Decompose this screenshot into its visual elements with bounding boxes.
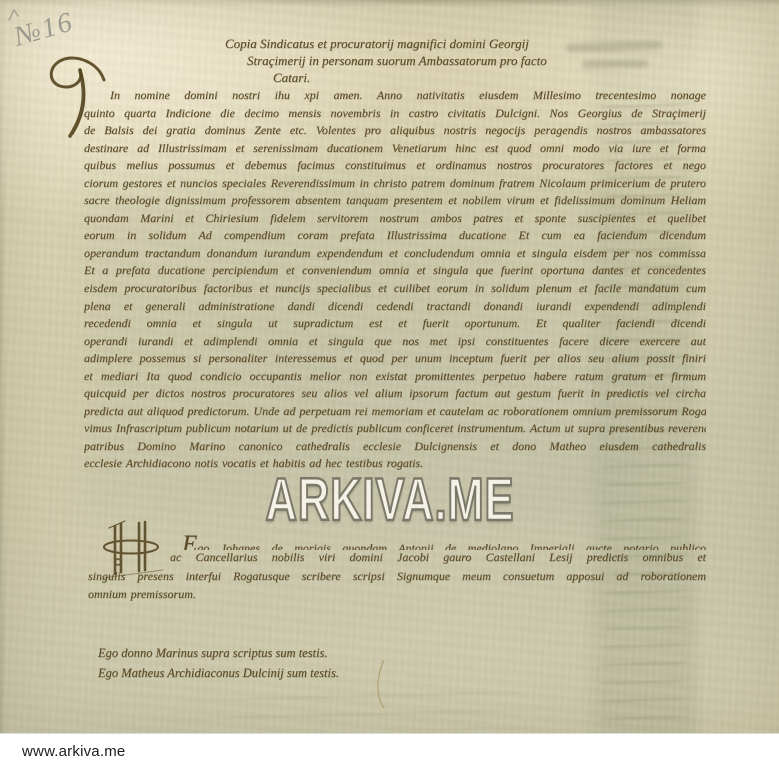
witness-subscriptions: Ego donno Marinus supra scriptus sum tes… xyxy=(98,646,339,686)
manuscript-line: Et a prefata ducatione percipiendum et c… xyxy=(84,263,706,281)
manuscript-line: predicta aut aliquod predictorum. Unde a… xyxy=(84,404,706,422)
manuscript-line: et mediari Ita quod condicio occupantis … xyxy=(84,369,706,387)
manuscript-scan-page: №16 Copia Sindicatus et procuratorij mag… xyxy=(0,0,779,768)
manuscript-line: operandi iurandi et adimplendi omnia et … xyxy=(84,334,706,352)
notary-line: singulis presens interfui Rogatusque scr… xyxy=(88,569,706,588)
faint-showthrough-text xyxy=(582,59,648,68)
manuscript-line: quinto quarta Indicione die decimo mensi… xyxy=(84,106,706,124)
footer-url-text: www.arkiva.me xyxy=(22,743,125,760)
manuscript-line: sacre theologie dignissimum professorem … xyxy=(84,193,706,211)
manuscript-line: In nomine domini nostri ihu xpi amen. An… xyxy=(84,88,706,106)
manuscript-line: quondam Marini et Chiriesium fidelem ser… xyxy=(84,211,706,229)
manuscript-line: quicquid per dictos nostros procuratores… xyxy=(84,386,706,404)
notary-line: omnium premissorum. xyxy=(88,587,706,606)
manuscript-line: destinare ad Illustrissimam et serenissi… xyxy=(84,141,706,159)
heading-line: Catari. xyxy=(225,70,570,87)
heading-line: Straçimerij in personam suorum Ambassato… xyxy=(225,53,570,70)
arkiva-watermark: ARKIVA.ME xyxy=(265,464,514,534)
notary-line: ac Cancellarius nobilis viri domini Jaco… xyxy=(88,550,706,569)
pen-stroke-flourish xyxy=(372,660,392,710)
manuscript-line: eisdem procuratoribus factoribus et nunc… xyxy=(84,281,706,299)
witness-line: Ego donno Marinus supra scriptus sum tes… xyxy=(98,646,339,666)
witness-line: Ego Matheus Archidiaconus Dulcinij sum t… xyxy=(98,666,339,686)
manuscript-line: patribus Domino Marino canonico cathedra… xyxy=(84,439,706,457)
document-heading: Copia Sindicatus et procuratorij magnifi… xyxy=(225,36,570,87)
manuscript-line: adimplere possemus si personaliter inter… xyxy=(84,351,706,369)
footer-bar: www.arkiva.me xyxy=(0,733,779,768)
manuscript-line: recedendi omnia et singula ut supradictu… xyxy=(84,316,706,334)
notary-subscription: Ego Johanes de morigis quondam Antonij d… xyxy=(88,531,706,606)
manuscript-line: plena et generali administratione dandi … xyxy=(84,299,706,317)
manuscript-line: vimus Infrascriptum publicum notarium ut… xyxy=(84,421,706,439)
verso-showthrough-band xyxy=(180,690,540,730)
manuscript-line: quibus melius possumus et debemus facimu… xyxy=(84,158,706,176)
heading-line: Copia Sindicatus et procuratorij magnifi… xyxy=(225,36,570,53)
manuscript-line: ciorum gestores et nuncios speciales Rev… xyxy=(84,176,706,194)
manuscript-line: eorum in solidum Ad compendium coram pre… xyxy=(84,228,706,246)
manuscript-line: operandum tractandum donandum iurandum e… xyxy=(84,246,706,264)
manuscript-line: de Balsis dei gratia dominus Zente etc. … xyxy=(84,123,706,141)
manuscript-body-text: In nomine domini nostri ihu xpi amen. An… xyxy=(84,88,706,474)
